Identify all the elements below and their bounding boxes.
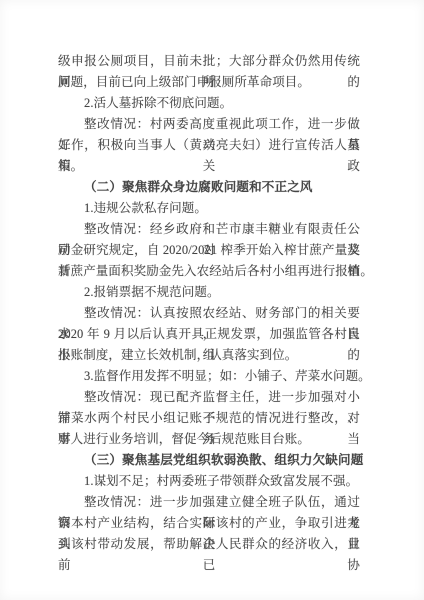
document-page: 级申报公厕项目，目前未批；大部分群众仍然用传统厕所的 问题，目前已向上级部门申报… — [0, 0, 424, 600]
document-body: 级申报公厕项目，目前未批；大部分群众仍然用传统厕所的 问题，目前已向上级部门申报… — [58, 51, 360, 555]
document-line: 1.违规公款私存问题。 — [58, 198, 360, 219]
document-line: 2.报销票据不规范问题。 — [58, 282, 360, 303]
document-line: 2.活人墓拆除不彻底问题。 — [58, 93, 360, 114]
document-line: 级申报公厕项目，目前未批；大部分群众仍然用传统厕所的 — [58, 51, 360, 72]
document-line: 1.谋划不足；村两委班子带领群众致富发展不强。 — [58, 471, 360, 492]
document-line: 芹菜水两个村民小组记账不规范的情况进行整改，对财务当 — [58, 408, 360, 429]
document-line: 3.监督作用发挥不明显；如：小铺子、芹菜水问题。 — [58, 366, 360, 387]
document-line: 到该村带动发展，帮助解决人民群众的经济收入，目前已协 — [58, 534, 360, 555]
document-line: 整改情况：现已配齐监督主任，进一步加强对小铺子、 — [58, 387, 360, 408]
document-line: 整改情况：村两委高度重视此项工作，进一步做好动员 — [58, 114, 360, 135]
section-heading: （二）聚焦群众身边腐败问题和不正之风 — [58, 177, 360, 198]
document-line: 2020 年 9 月以后认真开具正规发票，加强监管各村民小组的 — [58, 324, 360, 345]
document-line: 察本村产业结构，结合实际该村的产业，争取引进龙头企业 — [58, 513, 360, 534]
document-line: 整改情况：经乡政府和芒市康丰糖业有限责任公司对奖 — [58, 219, 360, 240]
document-line: 整改情况：认真按照农经站、财务部门的相关要求，自 — [58, 303, 360, 324]
section-heading: （三）聚焦基层党组织软弱涣散、组织力欠缺问题 — [58, 450, 360, 471]
document-line: 励金研究规定，自 2020/2021 榨季开始入榨甘蔗产量及新植 — [58, 240, 360, 261]
document-line: 整改情况：进一步加强建立健全班子队伍，通过调研考 — [58, 492, 360, 513]
document-line: 工作，积极向当事人（黄兴亮夫妇）进行宣传活人墓相关政 — [58, 135, 360, 156]
document-line: 甘蔗产量面积奖励金先入农经站后各村小组再进行报销。 — [58, 261, 360, 282]
